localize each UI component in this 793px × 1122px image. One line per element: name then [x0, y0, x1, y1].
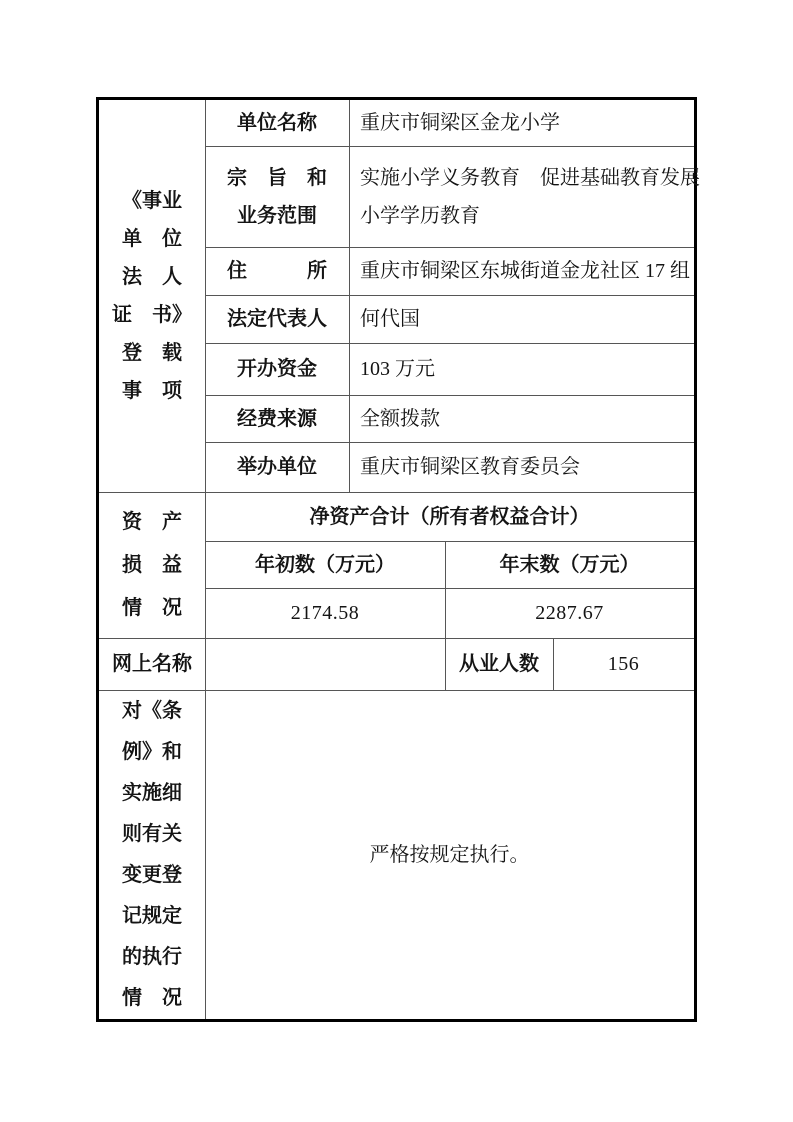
certificate-header-line: 《事业	[112, 182, 192, 220]
purpose-scope-value-line: 小学学历教育	[360, 197, 700, 235]
registration-form-table: 《事业 单 位 法 人 证 书》 登 载 事 项 单位名称 重庆市铜梁区金龙小学…	[96, 97, 697, 1022]
compliance-header: 对《条 例》和 实施细 则有关 变更登 记规定 的执行 情 况	[99, 690, 205, 1019]
assets-header-line: 情 况	[122, 587, 182, 630]
compliance-header-line: 情 况	[122, 978, 182, 1019]
organizer-label: 举办单位	[205, 442, 349, 492]
purpose-scope-value: 实施小学义务教育 促进基础教育发展 小学学历教育	[349, 146, 694, 247]
purpose-scope-label: 宗 旨 和 业务范围	[205, 146, 349, 247]
unit-name-label: 单位名称	[205, 100, 349, 146]
certificate-header-line: 事 项	[112, 372, 192, 410]
opening-capital-label: 开办资金	[205, 343, 349, 395]
assets-header-line: 资 产	[122, 501, 182, 544]
assets-header-line: 损 益	[122, 544, 182, 587]
opening-capital-value: 103 万元	[349, 343, 694, 395]
year-begin-column-header: 年初数（万元）	[205, 541, 445, 588]
year-end-column-header: 年末数（万元）	[445, 541, 694, 588]
net-assets-title: 净资产合计（所有者权益合计）	[205, 492, 694, 541]
legal-representative-label: 法定代表人	[205, 295, 349, 343]
certificate-header-line: 单 位	[112, 220, 192, 258]
funding-source-label: 经费来源	[205, 395, 349, 442]
compliance-header-line: 的执行	[122, 937, 182, 978]
document-page: 《事业 单 位 法 人 证 书》 登 载 事 项 单位名称 重庆市铜梁区金龙小学…	[0, 0, 793, 1122]
address-label: 住 所	[205, 247, 349, 295]
year-end-value: 2287.67	[445, 588, 694, 638]
year-begin-value: 2174.58	[205, 588, 445, 638]
unit-name-value: 重庆市铜梁区金龙小学	[349, 100, 694, 146]
purpose-scope-label-line: 宗 旨 和	[227, 159, 327, 197]
compliance-header-line: 则有关	[122, 814, 182, 855]
compliance-header-line: 对《条	[122, 691, 182, 732]
legal-representative-value: 何代国	[349, 295, 694, 343]
online-name-value	[205, 638, 445, 690]
funding-source-value: 全额拨款	[349, 395, 694, 442]
purpose-scope-value-line: 实施小学义务教育 促进基础教育发展	[360, 159, 700, 197]
compliance-statement: 严格按规定执行。	[205, 690, 694, 1019]
compliance-header-line: 例》和	[122, 732, 182, 773]
compliance-header-line: 记规定	[122, 896, 182, 937]
certificate-header-line: 证 书》	[112, 296, 192, 334]
assets-profit-loss-header: 资 产 损 益 情 况	[99, 492, 205, 638]
staff-count-value: 156	[553, 638, 694, 690]
certificate-items-header: 《事业 单 位 法 人 证 书》 登 载 事 项	[99, 100, 205, 492]
address-value: 重庆市铜梁区东城街道金龙社区 17 组	[349, 247, 694, 295]
certificate-header-line: 法 人	[112, 258, 192, 296]
compliance-header-line: 实施细	[122, 773, 182, 814]
compliance-header-line: 变更登	[122, 855, 182, 896]
purpose-scope-label-line: 业务范围	[227, 197, 327, 235]
certificate-header-line: 登 载	[112, 334, 192, 372]
staff-count-label: 从业人数	[445, 638, 553, 690]
online-name-label: 网上名称	[99, 638, 205, 690]
organizer-value: 重庆市铜梁区教育委员会	[349, 442, 694, 492]
